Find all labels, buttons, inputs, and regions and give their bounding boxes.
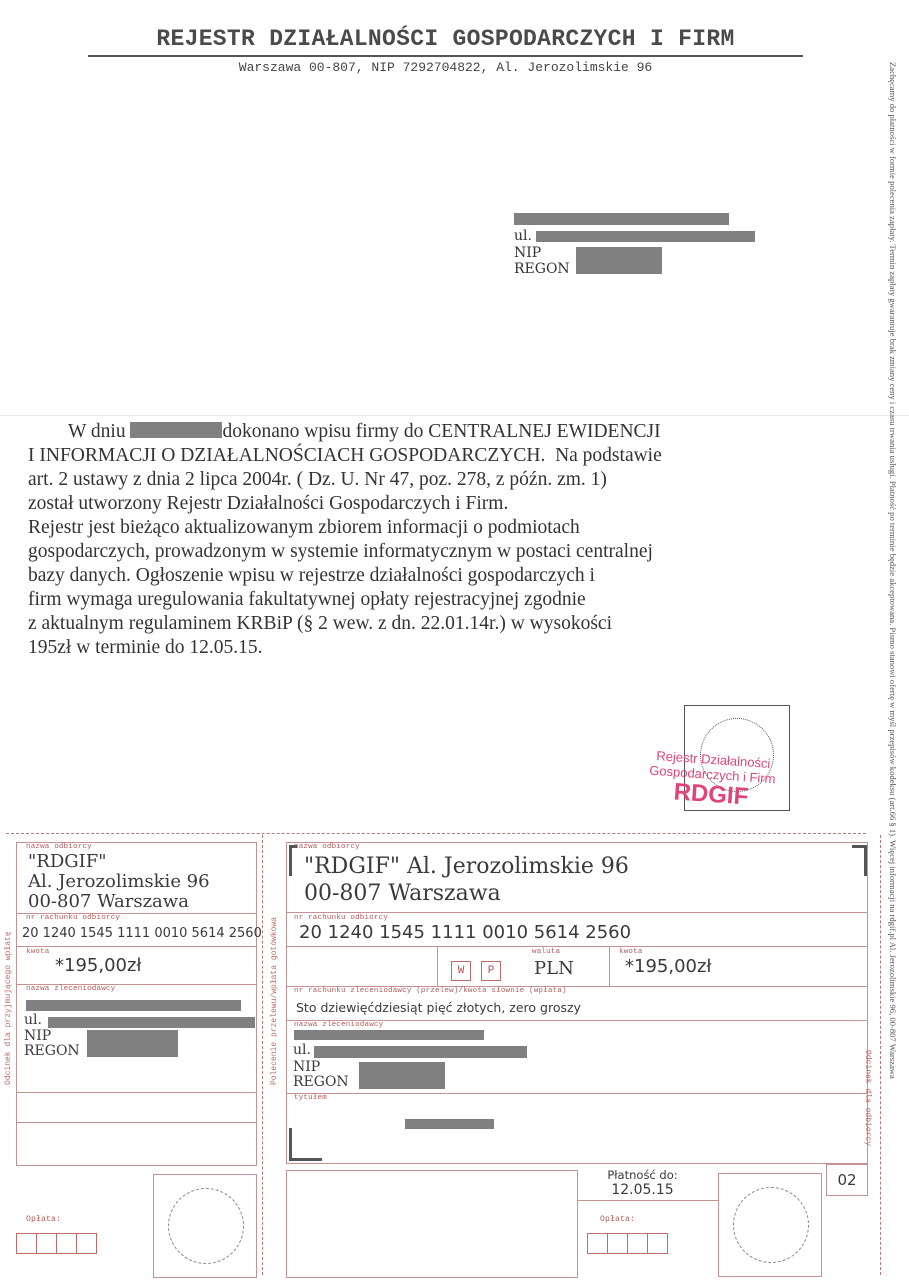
- letter-line: z aktualnym regulaminem KRBiP (§ 2 wew. …: [28, 612, 848, 636]
- letter-line: gospodarczych, prowadzonym w systemie in…: [28, 540, 848, 564]
- order-account-label: nr rachunku odbiorcy: [294, 914, 388, 922]
- order-payer-label: nazwa zleceniodawcy: [294, 1021, 383, 1029]
- order-fee-cells[interactable]: [587, 1233, 667, 1254]
- divider: [16, 1092, 257, 1093]
- order-recipient-line1: "RDGIF" Al. Jerozolimskie 96: [304, 853, 629, 880]
- order-recipient-label: nazwa odbiorcy: [294, 843, 360, 851]
- stub-account-number: 20 1240 1545 1111 0010 5614 2560: [22, 926, 262, 941]
- cut-line-vertical: [262, 835, 263, 1275]
- addressee-regon-label: REGON: [514, 261, 570, 277]
- divider: [578, 1200, 718, 1201]
- payer-account-label: nr rachunku zleceniodawcy (przelew)/kwot…: [294, 987, 567, 995]
- addressee-street-label: ul.: [514, 228, 532, 244]
- due-date-label: Płatność do:: [595, 1168, 690, 1182]
- letter-line: Rejestr jest bieżąco aktualizowanym zbio…: [28, 516, 848, 540]
- order-account-number: 20 1240 1545 1111 0010 5614 2560: [299, 922, 631, 943]
- stub-fee-cells[interactable]: [16, 1233, 96, 1254]
- letter-line: bazy danych. Ogłoszenie wpisu w rejestrz…: [28, 564, 848, 588]
- letter-line: 195zł w terminie do 12.05.15.: [28, 636, 848, 660]
- order-amount: *195,00zł: [625, 956, 712, 977]
- redacted-payer-street: [314, 1046, 527, 1058]
- stub-recipient-street: Al. Jerozolimskie 96: [28, 872, 210, 892]
- divider: [16, 946, 257, 947]
- stub-payer-regon-label: REGON: [24, 1044, 80, 1059]
- stub-vertical-label: Odcinek dla przyjmującego wpłatę: [4, 931, 13, 1085]
- redacted-payment-title: [405, 1119, 494, 1129]
- order-vertical-label: Polecenie przelewu/wpłata gotówkowa: [270, 917, 279, 1085]
- form-number: 02: [826, 1171, 868, 1189]
- divider: [16, 1122, 257, 1123]
- stub-recipient-city: 00-807 Warszawa: [28, 892, 189, 912]
- stub-stamp-circle: [168, 1188, 244, 1264]
- currency-value: PLN: [534, 958, 574, 979]
- redacted-date: [130, 422, 222, 438]
- due-date-value: 12.05.15: [595, 1182, 690, 1198]
- bank-stamp-area: [286, 1170, 578, 1278]
- transfer-type-p-box[interactable]: P: [481, 961, 501, 981]
- redacted-nip-regon: [576, 247, 662, 274]
- stub-fee-label: Opłata:: [26, 1215, 61, 1224]
- redacted-company-name: [514, 213, 729, 225]
- redacted-street: [536, 231, 755, 242]
- redacted-payer-name: [294, 1030, 484, 1040]
- letterhead-address: Warszawa 00-807, NIP 7292704822, Al. Jer…: [88, 60, 803, 75]
- redacted-payer-ids: [359, 1062, 445, 1089]
- letter-line: firm wymaga uregulowania fakultatywnej o…: [28, 588, 848, 612]
- order-payer-regon-label: REGON: [293, 1075, 349, 1090]
- divider: [437, 946, 438, 986]
- cut-line-vertical: [880, 835, 881, 1275]
- redacted-payer-ids: [87, 1030, 178, 1057]
- redacted-payer-name: [26, 1000, 241, 1011]
- letterhead-rule: [88, 55, 803, 57]
- redacted-payer-street: [48, 1017, 255, 1028]
- stub-recipient-label: nazwa odbiorcy: [26, 843, 92, 851]
- stub-payer-nip-label: NIP: [24, 1029, 51, 1044]
- letter-line: art. 2 ustawy z dnia 2 lipca 2004r. ( Dz…: [28, 468, 848, 492]
- stub-amount: *195,00zł: [55, 955, 142, 976]
- recipient-stub-vertical-label: Odcinek dla odbiorcy: [863, 1050, 872, 1146]
- order-payer-nip-label: NIP: [293, 1060, 320, 1075]
- amount-in-words: Sto dziewięćdziesiąt pięć złotych, zero …: [296, 1000, 581, 1015]
- corner-mark: [852, 845, 867, 876]
- order-amount-label: kwota: [619, 948, 643, 956]
- letter-line: W dniu dokonano wpisu firmy do CENTRALNE…: [28, 420, 848, 444]
- order-stamp-circle: [733, 1187, 809, 1263]
- cut-line-horizontal: [6, 833, 866, 834]
- order-payer-street-label: ul.: [293, 1043, 311, 1058]
- stub-amount-label: kwota: [26, 948, 50, 956]
- stub-recipient-name: "RDGIF": [28, 852, 107, 872]
- stub-account-label: nr rachunku odbiorcy: [26, 914, 120, 922]
- letter-body: W dniu dokonano wpisu firmy do CENTRALNE…: [28, 420, 848, 660]
- divider: [286, 1093, 868, 1094]
- fold-line: [0, 415, 909, 416]
- divider: [286, 946, 868, 947]
- letter-line: został utworzony Rejestr Działalności Go…: [28, 492, 848, 516]
- divider: [286, 912, 868, 913]
- payment-title-label: tytułem: [294, 1094, 327, 1102]
- letter-date-prefix: W dniu: [68, 421, 126, 442]
- letter-line-text: dokonano wpisu firmy do CENTRALNEJ EWIDE…: [222, 421, 660, 442]
- transfer-type-w-box[interactable]: W: [451, 961, 471, 981]
- divider: [609, 946, 610, 986]
- stub-payer-label: nazwa zleceniodawcy: [26, 985, 115, 993]
- order-fee-label: Opłata:: [600, 1215, 635, 1224]
- stub-payer-street-label: ul.: [24, 1013, 42, 1028]
- corner-mark: [289, 1128, 322, 1161]
- currency-label: waluta: [532, 948, 560, 956]
- letter-line: I INFORMACJI O DZIAŁALNOŚCIACH GOSPODARC…: [28, 444, 848, 468]
- letterhead-title: REJESTR DZIAŁALNOŚCI GOSPODARCZYCH I FIR…: [88, 26, 803, 52]
- order-recipient-line2: 00-807 Warszawa: [304, 880, 501, 907]
- addressee-nip-label: NIP: [514, 245, 541, 261]
- side-note: Zachęcamy do płatności w formie poleceni…: [884, 62, 898, 1262]
